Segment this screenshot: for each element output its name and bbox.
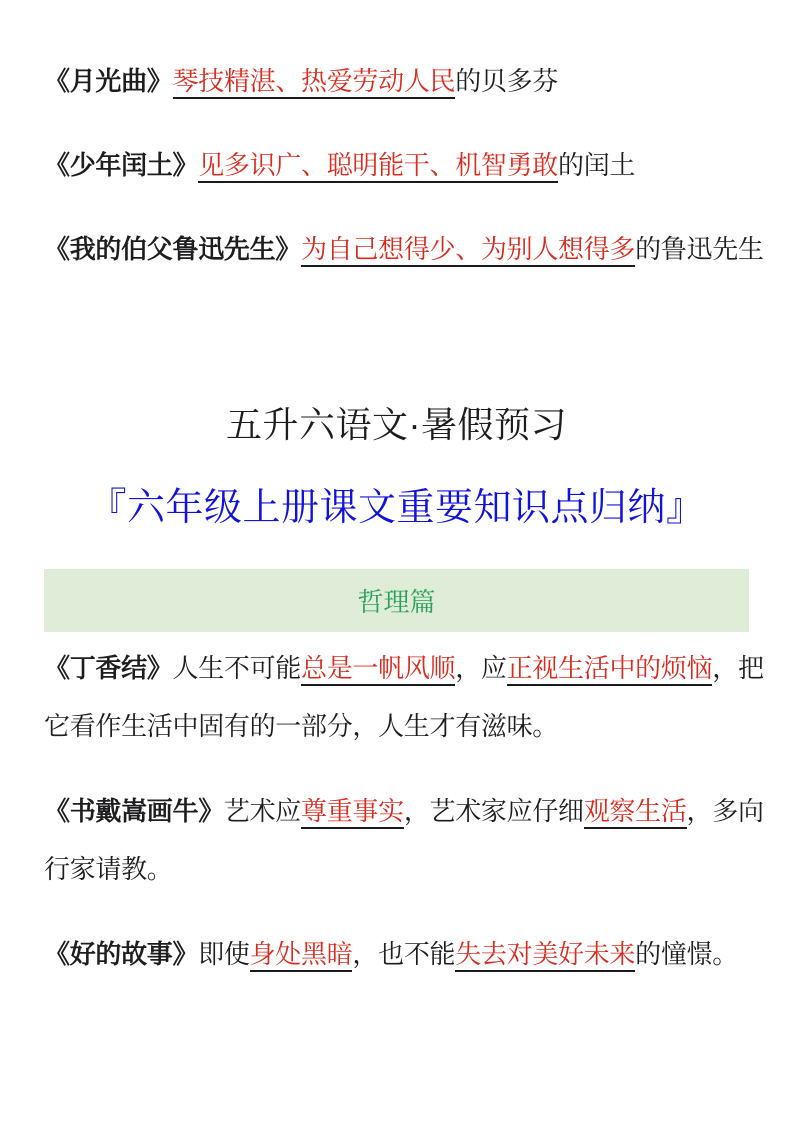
paragraph-luxun-xiansheng: 《我的伯父鲁迅先生》为自己想得少、为别人想得多的鲁迅先生 bbox=[44, 220, 749, 278]
previous-section-notes: 《月光曲》琴技精湛、热爱劳动人民的贝多芬 《少年闰土》见多识广、聪明能干、机智勇… bbox=[44, 52, 749, 278]
text-run: 的闰土 bbox=[558, 150, 635, 180]
section-banner-label: 哲理篇 bbox=[357, 582, 435, 619]
highlighted-answer: 正视生活中的烦恼 bbox=[507, 653, 713, 686]
philosophy-section-notes: 《丁香结》人生不可能总是一帆风顺，应正视生活中的烦恼，把它看作生活中固有的一部分… bbox=[44, 639, 749, 983]
text-run: ，应 bbox=[455, 653, 506, 683]
book-title: 《书戴嵩画牛》 bbox=[44, 796, 224, 826]
text-line: 《书戴嵩画牛》艺术应尊重事实，艺术家应仔细观察生活，多向 bbox=[44, 782, 749, 840]
paragraph-haode-gushi: 《好的故事》即使身处黑暗，也不能失去对美好未来的憧憬。 bbox=[44, 925, 749, 983]
book-title: 《我的伯父鲁迅先生》 bbox=[44, 234, 301, 264]
section-banner: 哲理篇 bbox=[44, 569, 749, 632]
text-run: 它看作生活中固有的一部分，人生才有滋味。 bbox=[44, 711, 558, 741]
text-run: ，多向 bbox=[687, 796, 764, 826]
book-title: 《少年闰土》 bbox=[44, 150, 198, 180]
highlighted-answer: 总是一帆风顺 bbox=[301, 653, 455, 686]
highlighted-answer: 失去对美好未来 bbox=[455, 939, 635, 972]
document-page: 《月光曲》琴技精湛、热爱劳动人民的贝多芬 《少年闰土》见多识广、聪明能干、机智勇… bbox=[0, 0, 793, 1122]
text-line: 行家请教。 bbox=[44, 840, 749, 898]
text-run: 的鲁迅先生 bbox=[635, 234, 764, 264]
text-run: 艺术应 bbox=[224, 796, 301, 826]
text-line: 《丁香结》人生不可能总是一帆风顺，应正视生活中的烦恼，把 bbox=[44, 639, 749, 697]
book-title: 《月光曲》 bbox=[44, 66, 173, 96]
text-run: 的贝多芬 bbox=[455, 66, 558, 96]
text-run: 行家请教。 bbox=[44, 854, 173, 884]
text-line: 《月光曲》琴技精湛、热爱劳动人民的贝多芬 bbox=[44, 52, 749, 110]
text-line: 它看作生活中固有的一部分，人生才有滋味。 bbox=[44, 697, 749, 755]
text-line: 《少年闰土》见多识广、聪明能干、机智勇敢的闰土 bbox=[44, 136, 749, 194]
text-run: ，也不能 bbox=[352, 939, 455, 969]
page-title: 五升六语文·暑假预习 bbox=[44, 397, 749, 453]
text-run: ，艺术家应仔细 bbox=[404, 796, 584, 826]
paragraph-shaonian-runtu: 《少年闰土》见多识广、聪明能干、机智勇敢的闰土 bbox=[44, 136, 749, 194]
highlighted-answer: 尊重事实 bbox=[301, 796, 404, 829]
highlighted-answer: 为自己想得少、为别人想得多 bbox=[301, 234, 635, 267]
paragraph-dingxiangjie: 《丁香结》人生不可能总是一帆风顺，应正视生活中的烦恼，把它看作生活中固有的一部分… bbox=[44, 639, 749, 755]
page-subtitle: 『六年级上册课文重要知识点归纳』 bbox=[44, 480, 749, 536]
book-title: 《好的故事》 bbox=[44, 939, 198, 969]
text-run: 即使 bbox=[198, 939, 249, 969]
highlighted-answer: 琴技精湛、热爱劳动人民 bbox=[173, 66, 456, 99]
text-run: ，把 bbox=[712, 653, 763, 683]
text-run: 的憧憬。 bbox=[635, 939, 738, 969]
paragraph-shudaisong-huaniu: 《书戴嵩画牛》艺术应尊重事实，艺术家应仔细观察生活，多向行家请教。 bbox=[44, 782, 749, 898]
paragraph-yueguangqu: 《月光曲》琴技精湛、热爱劳动人民的贝多芬 bbox=[44, 52, 749, 110]
highlighted-answer: 见多识广、聪明能干、机智勇敢 bbox=[198, 150, 558, 183]
text-line: 《好的故事》即使身处黑暗，也不能失去对美好未来的憧憬。 bbox=[44, 925, 749, 983]
highlighted-answer: 身处黑暗 bbox=[250, 939, 353, 972]
text-line: 《我的伯父鲁迅先生》为自己想得少、为别人想得多的鲁迅先生 bbox=[44, 220, 749, 278]
book-title: 《丁香结》 bbox=[44, 653, 173, 683]
text-run: 人生不可能 bbox=[173, 653, 302, 683]
highlighted-answer: 观察生活 bbox=[584, 796, 687, 829]
